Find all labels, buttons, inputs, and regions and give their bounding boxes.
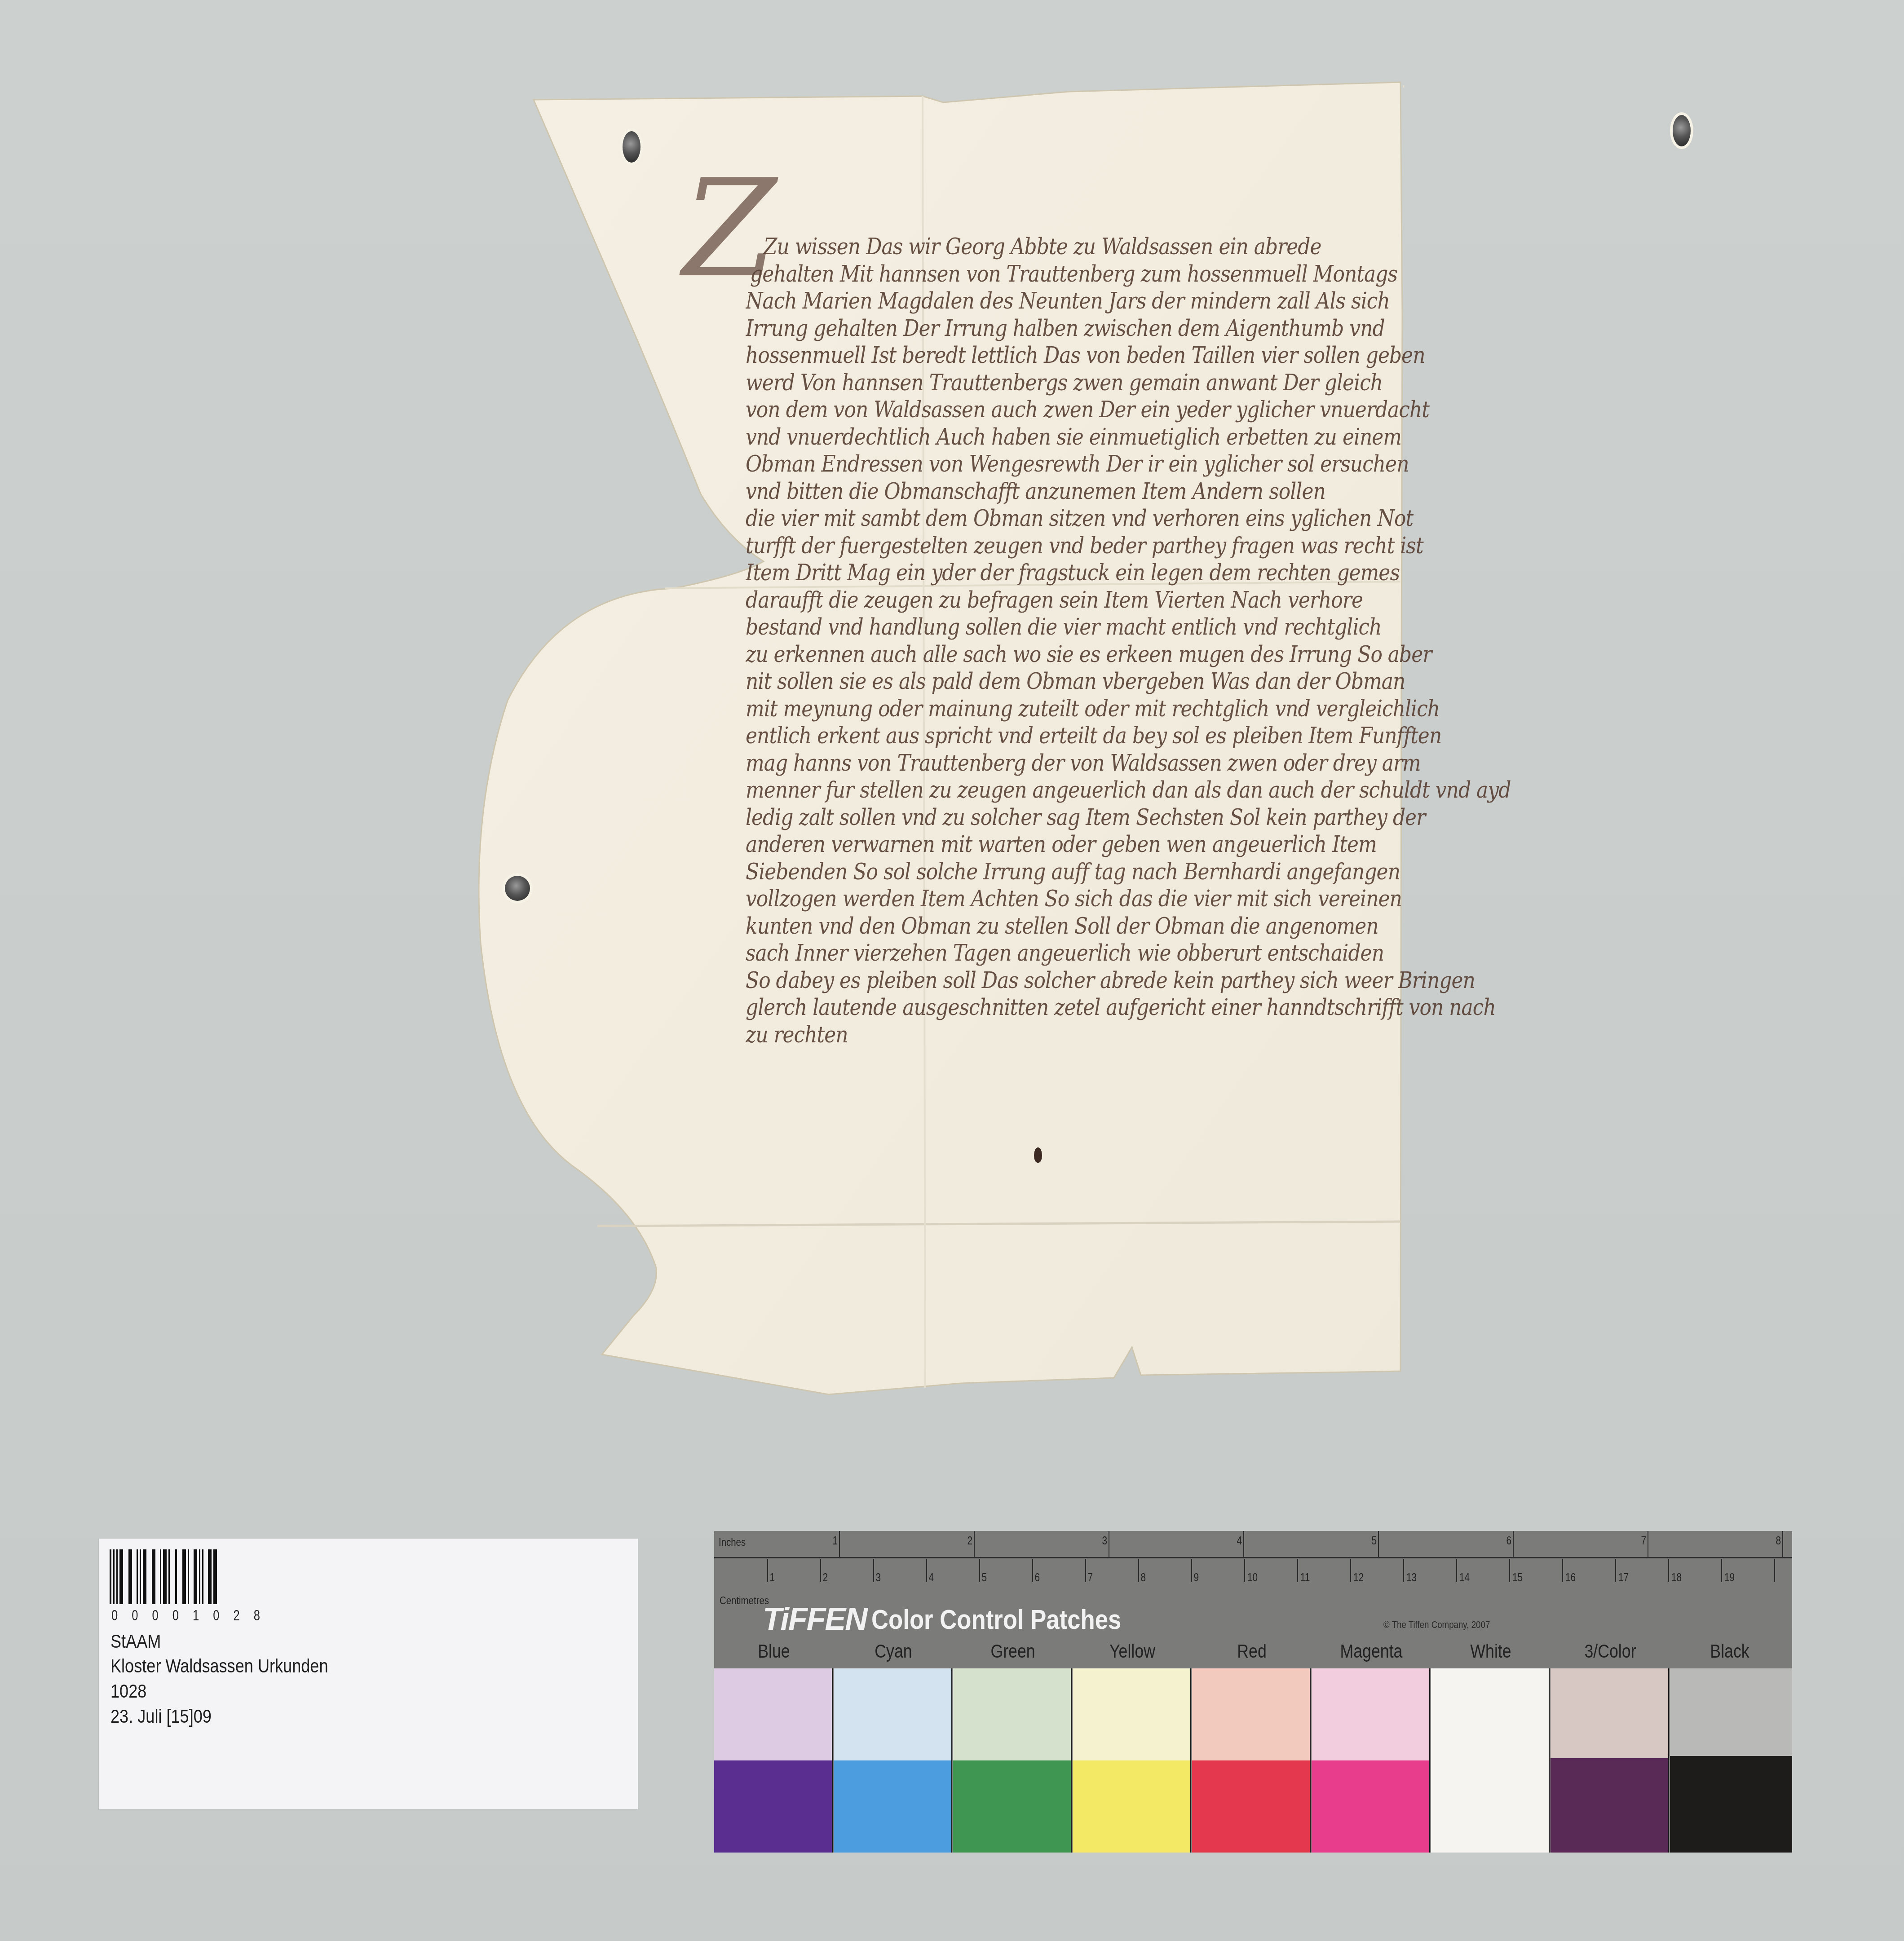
patch-label-red: Red [1201, 1641, 1303, 1662]
manuscript-line: nit sollen sie es als pald dem Obman vbe… [746, 666, 1729, 697]
patch-green-dark [953, 1760, 1072, 1853]
manuscript-line: daraufft die zeugen zu befragen sein Ite… [746, 585, 1729, 616]
ink-blot [1034, 1147, 1042, 1163]
manuscript-line: die vier mit sambt dem Obman sitzen vnd … [746, 503, 1729, 534]
archive-name: StAAM [110, 1631, 161, 1652]
manuscript-line: anderen verwarnen mit warten oder geben … [746, 829, 1729, 860]
collection-name: Kloster Waldsassen Urkunden [110, 1655, 328, 1677]
manuscript-line: turfft der fuergestelten zeugen vnd bede… [746, 530, 1729, 562]
manuscript-line: hossenmuell Ist beredt lettlich Das von … [746, 340, 1729, 371]
inch-tick-label: 6 [1506, 1534, 1511, 1548]
cm-tick-label: 13 [1406, 1570, 1417, 1584]
inch-tick-label: 7 [1641, 1534, 1646, 1548]
cm-tick-label: 14 [1459, 1570, 1470, 1584]
manuscript-line: bestand vnd handlung sollen die vier mac… [746, 612, 1729, 643]
manuscript-line: entlich erkent aus spricht vnd erteilt d… [746, 720, 1729, 752]
patch-red-light [1192, 1668, 1311, 1760]
patch-red-dark [1192, 1760, 1311, 1853]
manuscript-line: mit meynung oder mainung zuteilt oder mi… [746, 693, 1729, 725]
patch-3color-dark [1551, 1758, 1669, 1853]
cm-tick-label: 5 [981, 1570, 987, 1584]
patch-label-blue: Blue [723, 1641, 825, 1662]
inch-ruler: Inches 1 2 3 4 5 6 7 8 [714, 1531, 1792, 1558]
manuscript-line: menner fur stellen zu zeugen angeuerlich… [746, 775, 1729, 806]
inch-tick-label: 1 [832, 1534, 838, 1548]
patch-blue-dark [714, 1760, 833, 1853]
patch-yellow-dark [1073, 1760, 1191, 1853]
cm-tick-label: 6 [1034, 1570, 1040, 1584]
manuscript-line: Item Dritt Mag ein yder der fragstuck ei… [746, 557, 1729, 589]
patch-label-3color: 3/Color [1559, 1641, 1661, 1662]
manuscript-line: zu erkennen auch alle sach wo sie es erk… [746, 639, 1729, 671]
barcode [110, 1548, 219, 1604]
document-date: 23. Juli [15]09 [110, 1706, 212, 1727]
cm-tick-label: 15 [1512, 1570, 1523, 1584]
manuscript-line: Obman Endressen von Wengesrewth Der ir e… [746, 449, 1729, 480]
manuscript-line: So dabey es pleiben soll Das solcher abr… [746, 965, 1729, 997]
manuscript-line: Siebenden So sol solche Irrung auff tag … [746, 856, 1729, 888]
cm-tick-label: 11 [1300, 1570, 1310, 1584]
manuscript-line: kunten vnd den Obman zu stellen Soll der… [746, 911, 1729, 942]
manuscript-text: Zu wissen Das wir Georg Abbte zu Waldsas… [746, 234, 1729, 1049]
cm-tick-label: 16 [1565, 1570, 1576, 1584]
document-number: 1028 [110, 1681, 146, 1702]
patch-green-light [953, 1668, 1072, 1760]
patch-blue-light [714, 1668, 833, 1760]
centimetre-ruler: 1 2 3 4 5 6 7 8 9 10 11 12 13 14 15 16 1… [714, 1559, 1792, 1590]
cm-tick-label: 8 [1140, 1570, 1146, 1584]
cm-tick-label: 1 [769, 1570, 775, 1584]
copyright-notice: © The Tiffen Company, 2007 [1383, 1619, 1490, 1631]
inch-tick-label: 2 [967, 1534, 972, 1548]
manuscript-line: glerch lautende ausgeschnitten zetel auf… [746, 992, 1729, 1023]
centimetres-label: Centimetres [720, 1595, 769, 1607]
cm-tick-label: 10 [1247, 1570, 1258, 1584]
cm-tick-label: 19 [1724, 1570, 1735, 1584]
patch-white [1431, 1668, 1550, 1853]
patch-label-yellow: Yellow [1082, 1641, 1183, 1662]
mounting-hole-top-right [1673, 115, 1691, 146]
manuscript-line: sach Inner vierzehen Tagen angeuerlich w… [746, 938, 1729, 969]
mounting-hole-top-left [623, 131, 641, 163]
inch-tick-label: 8 [1776, 1534, 1781, 1548]
cm-tick-label: 18 [1671, 1570, 1682, 1584]
manuscript-line: zu rechten [746, 1019, 1729, 1051]
cm-tick-label: 7 [1087, 1570, 1093, 1584]
patch-magenta-dark [1312, 1760, 1430, 1853]
inches-label: Inches [719, 1536, 746, 1549]
manuscript-line: Nach Marien Magdalen des Neunten Jars de… [746, 286, 1729, 317]
cm-tick-label: 9 [1193, 1570, 1199, 1584]
patch-label-white: White [1440, 1641, 1542, 1662]
inch-tick-label: 3 [1102, 1534, 1107, 1548]
patch-label-green: Green [962, 1641, 1064, 1662]
manuscript-line: ledig zalt sollen vnd zu solcher sag Ite… [746, 802, 1729, 834]
inch-tick-label: 5 [1371, 1534, 1377, 1548]
manuscript-line: vnd bitten die Obmanschafft anzunemen It… [746, 476, 1729, 507]
mounting-hole-left [505, 876, 530, 901]
manuscript-line: von dem von Waldsassen auch zwen Der ein… [746, 394, 1729, 426]
patch-magenta-light [1312, 1668, 1430, 1760]
manuscript-line: Irrung gehalten Der Irrung halben zwisch… [746, 313, 1729, 344]
barcode-number: 0 0 0 0 1 0 2 8 [111, 1607, 265, 1624]
patch-black-dark [1670, 1756, 1792, 1853]
patch-yellow-light [1073, 1668, 1191, 1760]
cm-tick-label: 4 [928, 1570, 934, 1584]
patch-3color-light [1551, 1668, 1669, 1758]
patch-label-black: Black [1679, 1641, 1780, 1662]
cm-tick-label: 3 [875, 1570, 881, 1584]
patch-black-light [1670, 1668, 1792, 1756]
patch-cyan-dark [834, 1760, 952, 1853]
patch-label-magenta: Magenta [1321, 1641, 1422, 1662]
archive-label: 0 0 0 0 1 0 2 8 StAAM Kloster Waldsassen… [99, 1539, 638, 1809]
color-patches [714, 1668, 1792, 1853]
patch-cyan-light [834, 1668, 952, 1760]
manuscript-line: gehalten Mit hannsen von Trauttenberg zu… [746, 259, 1729, 290]
color-control-chart: Inches 1 2 3 4 5 6 7 8 1 2 3 4 5 6 7 8 9… [714, 1531, 1792, 1853]
cm-tick-label: 17 [1618, 1570, 1629, 1584]
cm-tick-label: 12 [1353, 1570, 1364, 1584]
chart-title: Color Control Patches [871, 1604, 1121, 1636]
manuscript-line: vollzogen werden Item Achten So sich das… [746, 883, 1729, 915]
manuscript-line: vnd vnuerdechtlich Auch haben sie einmue… [746, 422, 1729, 453]
inch-tick-label: 4 [1237, 1534, 1242, 1548]
patch-label-cyan: Cyan [843, 1641, 944, 1662]
manuscript-line: Zu wissen Das wir Georg Abbte zu Waldsas… [746, 231, 1729, 263]
tiffen-logo: TiFFEN [763, 1601, 867, 1637]
cm-tick-label: 2 [822, 1570, 828, 1584]
manuscript-line: werd Von hannsen Trauttenbergs zwen gema… [746, 367, 1729, 399]
manuscript-line: mag hanns von Trauttenberg der von Walds… [746, 748, 1729, 779]
